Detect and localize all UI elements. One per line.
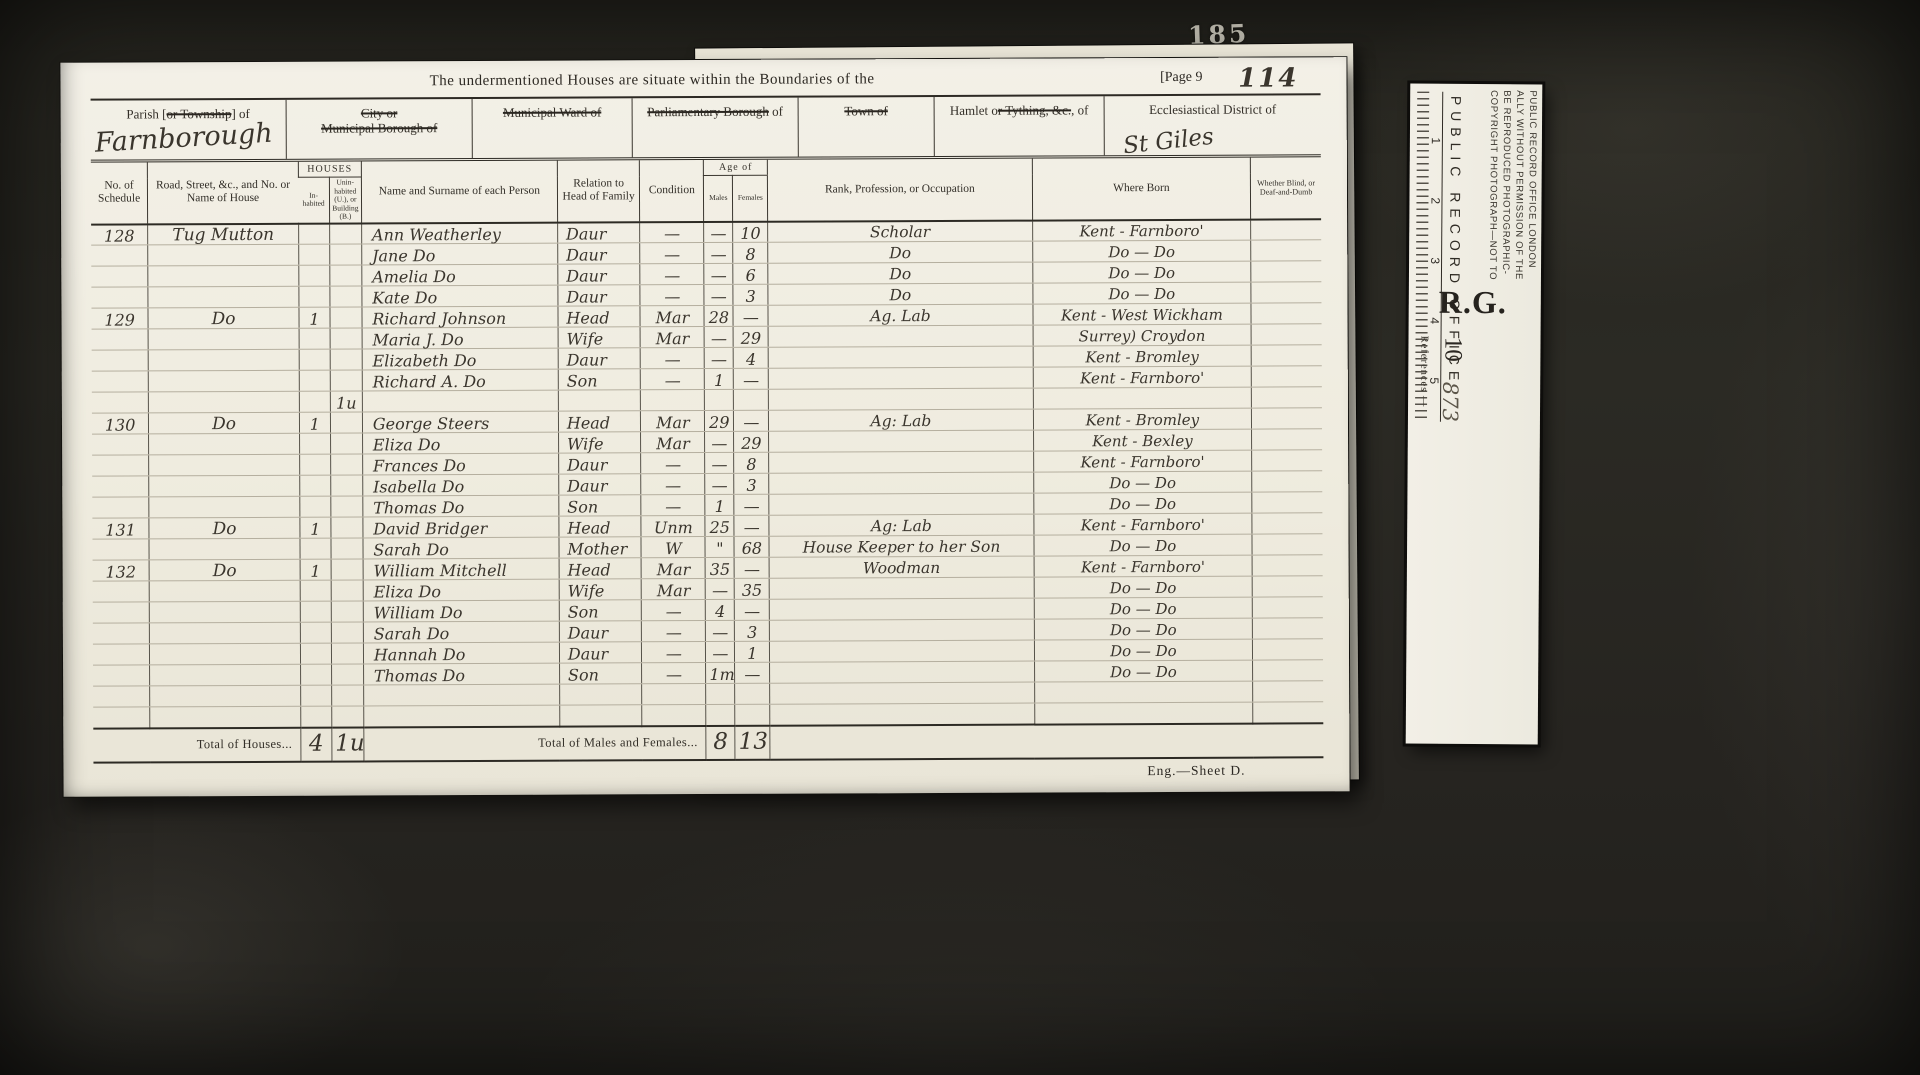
cell-addr [149,538,300,560]
cell-rel: Daur [559,621,642,642]
cell-inh [300,643,331,664]
cell-rel: Mother [559,537,642,558]
cell-addr [148,349,299,371]
header-field-label: Town of [799,103,934,119]
cell-born: Do — Do [1034,660,1253,682]
cell-addr [150,601,301,623]
census-totals: Total of Houses... 4 1u Total of Males a… [93,723,1323,762]
cell-born: Kent - Bromley [1033,408,1252,430]
cell-inf [1252,513,1322,534]
cell-born: Kent - Farnboro' [1033,513,1252,535]
cell-born: Do — Do [1033,471,1252,493]
cell-addr [150,685,301,707]
cell-f: 68 [734,536,769,557]
cell-born: Do — Do [1034,639,1253,661]
cell-inf [1252,492,1322,513]
total-houses-label: Total of Houses... [93,727,301,762]
cell-m: — [704,326,733,347]
cell-name: Maria J. Do [362,327,558,349]
cell-cond: — [642,662,706,683]
cell-occ [769,493,1033,515]
cell-m: 1 [705,368,734,389]
cell-born: Do — Do [1034,597,1253,619]
header-field-label: Municipal Ward of [473,104,632,120]
cell-sch [93,602,150,623]
cell-rel: Daur [558,348,641,369]
cell-rel: Son [559,600,642,621]
cell-f: 29 [733,326,768,347]
cell-cond: Mar [642,578,706,599]
cell-name: Hannah Do [363,642,559,664]
header-field: City orMunicipal Borough of [287,99,473,159]
cell-born: Kent - Farnboro' [1033,366,1252,388]
header-field-label: Parliamentary Borough of [633,104,798,120]
cell-inh [301,685,332,706]
cell-born: Do — Do [1032,240,1251,262]
cell-m: — [705,431,734,452]
cell-uninh [330,412,362,433]
cell-m [706,683,735,704]
cell-m: 1 [705,494,734,515]
cell-rel [560,705,643,726]
cell-addr: Do [149,559,300,581]
cell-inh [300,601,331,622]
cell-inf [1251,324,1321,345]
cell-occ [769,451,1033,473]
cell-sch [91,266,148,287]
cell-sch [92,392,149,413]
cell-cond: — [640,285,704,306]
cell-rel: Head [559,516,642,537]
cell-f: 35 [734,578,769,599]
cell-occ [768,325,1032,347]
cell-uninh [331,538,363,559]
cell-occ [769,472,1033,494]
header-field-value: Farnborough [94,117,290,159]
cell-inf [1252,471,1322,492]
cell-born: Do — Do [1033,492,1252,514]
cell-occ: Ag: Lab [769,514,1033,536]
record-office-strip: 12345 PUBLIC RECORD OFFICE References — … [1406,84,1543,745]
cell-rel: Daur [558,453,641,474]
header-field: Parliamentary Borough of [633,98,799,158]
header-field: Town of [799,97,935,157]
cell-cond: Mar [641,432,705,453]
cell-occ: Do [768,262,1032,284]
cell-cond: Unm [641,515,705,536]
cell-occ [770,577,1034,599]
cell-sch [92,497,149,518]
cell-rel: Wife [559,579,642,600]
cell-m: — [704,221,733,242]
cell-rel: Daur [557,222,640,243]
cell-f: — [734,410,769,431]
cell-cond: Mar [641,557,705,578]
cell-addr [150,664,301,686]
cell-inf [1253,660,1323,681]
cell-occ: Ag: Lab [769,409,1033,431]
cell-born: Kent - Bromley [1033,345,1252,367]
census-table: No. of Schedule Road, Street, &c., and N… [91,157,1324,763]
cell-addr [149,454,300,476]
cell-f [734,389,769,410]
page-header: The undermentioned Houses are situate wi… [90,65,1320,96]
col-schedule: No. of Schedule [91,162,148,224]
cell-rel: Head [559,558,642,579]
cell-name: Eliza Do [363,579,559,601]
cell-m [706,704,735,725]
cell-cond: Mar [641,411,705,432]
cell-f: 8 [734,452,769,473]
cell-name: William Do [363,600,559,622]
cell-inh: 1 [300,517,331,538]
cell-uninh [330,265,362,286]
cell-inf [1253,681,1323,702]
col-houses-group: HOUSES [298,161,361,177]
cell-inf [1252,534,1322,555]
cell-f [735,704,770,725]
col-name: Name and Surname of each Person [361,161,557,223]
cell-cond: — [641,453,705,474]
cell-addr [150,706,301,728]
cell-f: 3 [735,620,770,641]
cell-uninh [331,685,363,706]
cell-m: — [704,242,733,263]
header-field-label: City orMunicipal Borough of [287,105,472,136]
cell-inf [1251,282,1321,303]
total-empty [770,723,1323,759]
cell-rel: Daur [559,642,642,663]
cell-occ: Ag. Lab [768,304,1032,326]
cell-occ [769,367,1033,389]
cell-born: Kent - Farnboro' [1032,219,1251,241]
cell-m: — [706,641,735,662]
cell-inh: 1 [299,307,330,328]
cell-born: Kent - Farnboro' [1034,555,1253,577]
cell-inf [1252,387,1322,408]
cell-inf [1252,429,1322,450]
cell-name [362,390,558,412]
folio-number: 114 [1238,63,1298,93]
cell-sch [92,434,149,455]
cell-f: 3 [733,284,768,305]
census-page-inner: The undermentioned Houses are situate wi… [90,65,1323,788]
cell-m: — [705,473,734,494]
cell-uninh [330,286,362,307]
header-field: Ecclesiastical District ofSt Giles [1105,95,1321,155]
cell-name: Isabella Do [363,474,559,496]
cell-cond: — [640,243,704,264]
cell-addr: Do [148,307,299,329]
cell-sch [92,329,149,350]
cell-inh [300,538,331,559]
ruler-number: 3 [1428,255,1442,267]
header-field-value: St Giles [1122,110,1340,159]
cell-inf [1253,618,1323,639]
cell-name: Eliza Do [362,432,558,454]
total-houses-uninhabited: 1u [332,727,364,761]
cell-uninh [331,643,363,664]
col-condition: Condition [640,160,704,222]
census-page: The undermentioned Houses are situate wi… [60,57,1349,797]
col-uninhabited: Unin-habited (U.), or Building (B.) [329,177,361,223]
cell-inh [301,706,332,727]
cell-occ [770,682,1034,704]
sheet-note: Eng.—Sheet D. [93,762,1323,783]
col-infirm: Whether Blind, or Deaf-and-Dumb [1251,157,1322,219]
cell-sch [92,371,149,392]
cell-born [1033,387,1252,409]
cell-sch [93,686,150,707]
cell-cond: — [642,641,706,662]
cell-born: Do — Do [1032,282,1251,304]
cell-uninh [331,580,363,601]
cell-rel: Daur [558,285,641,306]
cell-occ [770,598,1034,620]
col-inhabited: In-habited [298,177,329,223]
cell-inf [1251,219,1321,240]
header-fields: Parish [or Township] ofFarnboroughCity o… [91,93,1321,162]
cell-m: — [706,578,735,599]
cell-inf [1253,639,1323,660]
col-address: Road, Street, &c., and No. or Name of Ho… [148,162,299,224]
cell-occ: Woodman [769,556,1033,578]
cell-inh [300,580,331,601]
cell-m: — [706,620,735,641]
cell-born: Kent - Bexley [1033,429,1252,451]
cell-occ [770,640,1034,662]
cell-inh: 1 [300,559,331,580]
cell-inf [1253,597,1323,618]
cell-sch: 132 [93,560,150,581]
cell-cond: — [641,494,705,515]
cell-addr: Tug Mutton [148,223,299,245]
cell-name: David Bridger [363,516,559,538]
cell-addr [150,622,301,644]
col-age-group: Age of [704,160,768,176]
cell-sch [92,539,149,560]
cell-inh [299,286,330,307]
cell-uninh [330,433,362,454]
cell-born: Kent - West Wickham [1032,303,1251,325]
cell-sch [93,644,150,665]
cell-rel: Wife [558,327,641,348]
cell-uninh [331,475,363,496]
cell-f: 10 [733,221,768,242]
cell-sch [92,350,149,371]
cell-sch: 129 [91,308,148,329]
cell-uninh [330,370,362,391]
cell-sch: 131 [92,518,149,539]
cell-inf [1251,261,1321,282]
copyright-line: PUBLIC RECORD OFFICE LONDON [1523,90,1539,738]
cell-m: — [705,347,734,368]
cell-inh [299,265,330,286]
cell-f: 8 [733,242,768,263]
header-field: Hamlet or Tything, &c., of [935,96,1105,156]
cell-born: Do — Do [1033,534,1252,556]
cell-name: Sarah Do [363,621,559,643]
cell-f: — [734,368,769,389]
cell-cond: W [641,536,705,557]
cell-name: Thomas Do [363,495,559,517]
header-field: Municipal Ward of [473,98,633,158]
col-males: Males [704,175,733,221]
cell-sch [91,287,148,308]
cell-uninh [331,622,363,643]
ruler-number: 2 [1428,195,1442,207]
cell-name: George Steers [362,411,558,433]
cell-inf [1252,408,1322,429]
census-table-header: No. of Schedule Road, Street, &c., and N… [91,157,1321,224]
cell-uninh: 1u [330,391,362,412]
cell-name [364,705,560,727]
cell-addr [149,370,300,392]
cell-addr [148,328,299,350]
page-label: [Page 9 [1160,70,1202,86]
series-number: 10 [1438,337,1466,362]
cell-m: 29 [705,410,734,431]
header-field-label: Hamlet or Tything, &c., of [935,102,1104,118]
cell-m: 1m [706,662,735,683]
cell-occ [769,346,1033,368]
cell-name: Sarah Do [363,537,559,559]
cell-inf [1252,450,1322,471]
cell-inf [1251,345,1321,366]
piece-number: 873 [1438,382,1462,422]
cell-occ [769,388,1033,410]
cell-m: — [705,452,734,473]
cell-cond [642,683,706,704]
cell-rel [559,684,642,705]
total-persons-label: Total of Males and Females... [364,725,707,760]
cell-cond: — [642,599,706,620]
cell-rel: Head [558,306,641,327]
cell-addr [149,391,300,413]
cell-uninh [329,223,361,244]
cell-name: Amelia Do [362,264,558,286]
cell-f: — [735,599,770,620]
cell-rel: Daur [558,264,641,285]
cell-name [363,684,559,706]
cell-cond: Mar [640,306,704,327]
col-females: Females [733,175,768,221]
cell-sch [93,581,150,602]
cell-addr [149,475,300,497]
cell-inh [300,496,331,517]
cell-born: Surrey) Croydon [1033,324,1252,346]
cell-m: 25 [705,515,734,536]
cell-rel: Daur [559,474,642,495]
total-males: 8 [706,725,735,759]
cell-occ: Scholar [768,220,1032,242]
cell-occ: Do [768,241,1032,263]
cell-born: Do — Do [1034,618,1253,640]
cell-uninh [330,454,362,475]
cell-inh [299,370,330,391]
cell-uninh [331,517,363,538]
cell-cond: — [640,222,704,243]
cell-m: 4 [706,599,735,620]
cell-m [705,389,734,410]
cell-f: — [733,305,768,326]
cell-inf [1251,240,1321,261]
cell-f: 6 [733,263,768,284]
cell-uninh [330,307,362,328]
cell-addr [148,265,299,287]
cell-rel: Daur [558,243,641,264]
cell-inh [300,664,331,685]
cell-inh [300,622,331,643]
cell-cond [642,704,706,725]
cell-f: 29 [734,431,769,452]
cell-f: — [734,515,769,536]
cell-inf [1253,702,1323,723]
total-houses-inhabited: 4 [301,727,332,761]
cell-born: Do — Do [1032,261,1251,283]
cell-f: — [734,494,769,515]
microfilm-photo: 185 The undermentioned Houses are situat… [0,0,1920,1075]
cell-m: 28 [704,305,733,326]
cell-born: Do — Do [1034,576,1253,598]
cell-uninh [330,244,362,265]
cell-rel: Son [559,663,642,684]
cell-cond: — [641,348,705,369]
cell-sch [92,476,149,497]
cell-uninh [330,328,362,349]
cell-born: Kent - Farnboro' [1033,450,1252,472]
cell-cond: — [641,369,705,390]
cell-name: Kate Do [362,285,558,307]
cell-uninh [331,664,363,685]
cell-sch [91,245,148,266]
cell-addr [150,643,301,665]
total-females: 13 [735,725,770,759]
cell-inh [299,391,330,412]
cell-cond: Mar [640,327,704,348]
census-rows: 128Tug MuttonAnn WeatherleyDaur——10Schol… [91,219,1323,728]
cell-addr: Do [149,517,300,539]
cell-occ: Do [768,283,1032,305]
cell-f: 3 [734,473,769,494]
cell-sch: 130 [92,413,149,434]
cell-f [735,683,770,704]
cell-m: " [705,536,734,557]
copyright-notice: COPYRIGHT PHOTOGRAPH—NOT TOBE REPRODUCED… [1484,90,1539,738]
cell-addr [149,496,300,518]
cell-occ [770,661,1034,683]
cell-sch [93,707,150,728]
cell-inf [1252,576,1322,597]
cell-sch [93,665,150,686]
cell-name: Richard A. Do [362,369,558,391]
ruler-number: 1 [1429,135,1443,147]
cell-sch: 128 [91,224,148,245]
cell-cond: — [641,474,705,495]
cell-addr [148,244,299,266]
cell-cond [641,390,705,411]
cell-uninh [331,559,363,580]
cell-sch [93,623,150,644]
cell-inh [299,349,330,370]
cell-occ [769,430,1033,452]
cell-name: Frances Do [362,453,558,475]
cell-m: — [704,263,733,284]
cell-addr: Do [149,412,300,434]
reference-label: References — [1418,336,1430,408]
cell-name: Elizabeth Do [362,348,558,370]
cell-inh [300,454,331,475]
